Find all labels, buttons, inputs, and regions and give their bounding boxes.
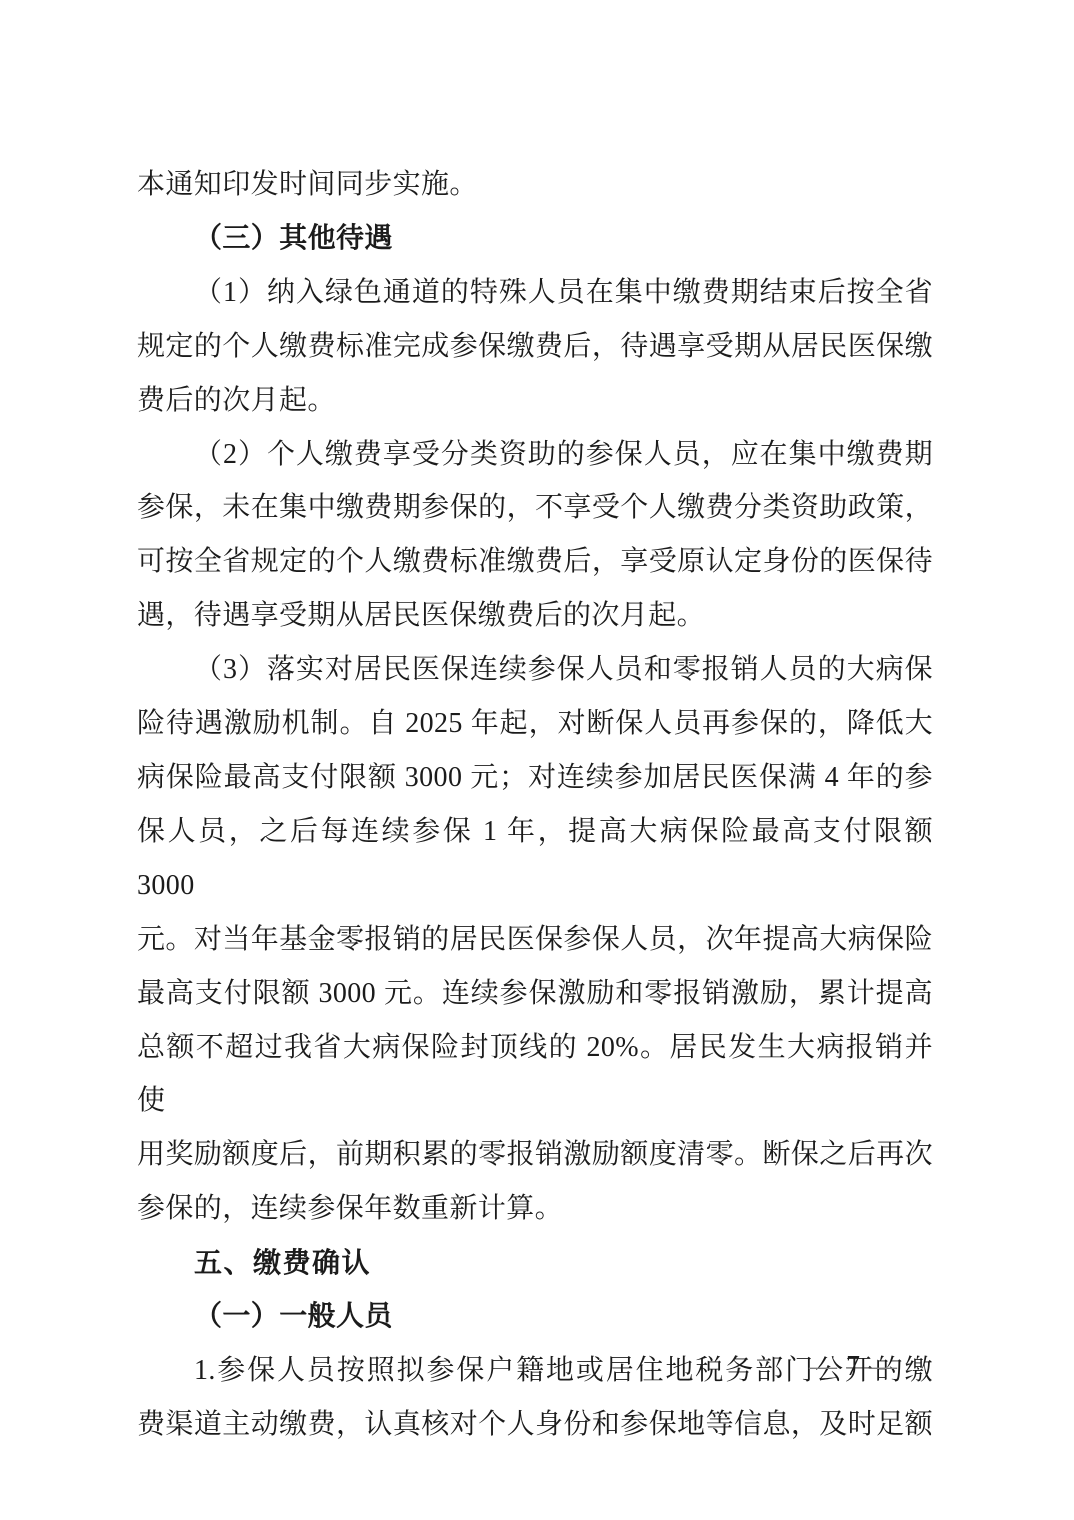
body-text-line: 遇，待遇享受期从居民医保缴费后的次月起。 [137, 589, 933, 643]
body-text-line: 本通知印发时间同步实施。 [137, 158, 933, 212]
heading-section-5-payment-confirmation: 五、缴费确认 [137, 1236, 933, 1290]
body-text-line: 保人员，之后每连续参保 1 年，提高大病保险最高支付限额 3000 [137, 805, 933, 913]
body-text-line: 总额不超过我省大病保险封顶线的 20%。居民发生大病报销并使 [137, 1021, 933, 1129]
heading-subsection-1-general-personnel: （一）一般人员 [137, 1290, 933, 1344]
body-text-line: 费后的次月起。 [137, 374, 933, 428]
body-text-line: 规定的个人缴费标准完成参保缴费后，待遇享受期从居民医保缴 [137, 320, 933, 374]
body-text-line: 费渠道主动缴费，认真核对个人身份和参保地等信息，及时足额 [137, 1398, 933, 1452]
document-body: 本通知印发时间同步实施。 （三）其他待遇 （1）纳入绿色通道的特殊人员在集中缴费… [137, 158, 933, 1452]
body-text-line: 险待遇激励机制。自 2025 年起，对断保人员再参保的，降低大 [137, 697, 933, 751]
body-text-line: 元。对当年基金零报销的居民医保参保人员，次年提高大病保险 [137, 913, 933, 967]
page-number: —7— [809, 1352, 897, 1382]
body-text-line: 参保的，连续参保年数重新计算。 [137, 1182, 933, 1236]
page-number-dash-right: — [869, 1351, 897, 1382]
body-text-line: 用奖励额度后，前期积累的零报销激励额度清零。断保之后再次 [137, 1128, 933, 1182]
body-text-line: 参保，未在集中缴费期参保的，不享受个人缴费分类资助政策， [137, 481, 933, 535]
body-text-line: 病保险最高支付限额 3000 元；对连续参加居民医保满 4 年的参 [137, 751, 933, 805]
page-number-dash-left: — [809, 1351, 837, 1382]
body-text-line: （3）落实对居民医保连续参保人员和零报销人员的大病保 [137, 643, 933, 697]
page-number-value: 7 [837, 1351, 869, 1382]
document-page: 本通知印发时间同步实施。 （三）其他待遇 （1）纳入绿色通道的特殊人员在集中缴费… [0, 0, 1074, 1520]
body-text-line: （2）个人缴费享受分类资助的参保人员，应在集中缴费期 [137, 428, 933, 482]
heading-section-3-other-benefits: （三）其他待遇 [137, 212, 933, 266]
body-text-line: （1）纳入绿色通道的特殊人员在集中缴费期结束后按全省 [137, 266, 933, 320]
body-text-line: 可按全省规定的个人缴费标准缴费后，享受原认定身份的医保待 [137, 535, 933, 589]
body-text-line: 最高支付限额 3000 元。连续参保激励和零报销激励，累计提高 [137, 967, 933, 1021]
